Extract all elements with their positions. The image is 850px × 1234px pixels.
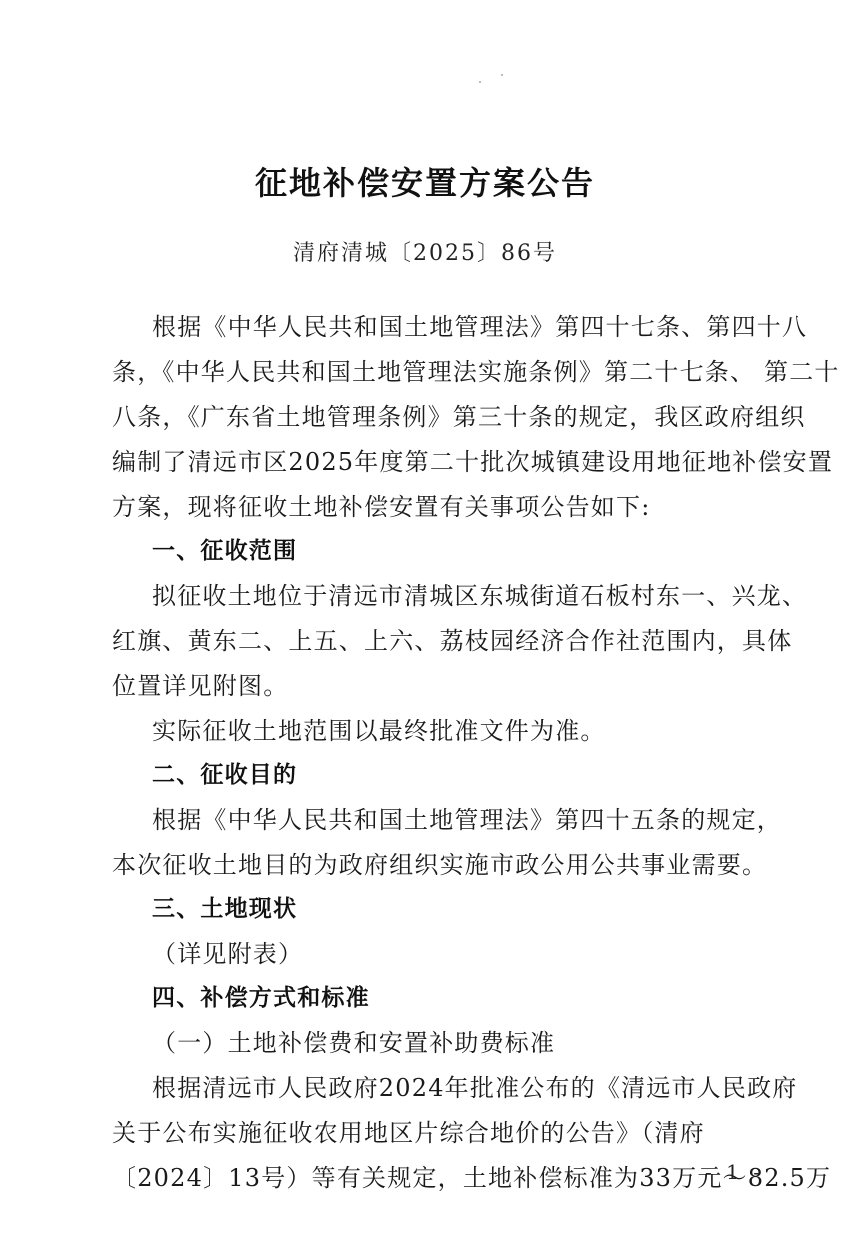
- section-line: 红旗、黄东二、上五、上六、荔枝园经济合作社范围内，具体: [112, 626, 792, 656]
- section-line: 本次征收土地目的为政府组织实施市政公用公共事业需要。: [112, 850, 767, 880]
- section-line: 根据清远市人民政府2024年批准公布的《清远市人民政府: [152, 1073, 797, 1103]
- scan-speck: [479, 81, 481, 83]
- intro-line: 编制了清远市区2025年度第二十批次城镇建设用地征地补偿安置: [112, 447, 833, 477]
- section-line: 拟征收土地位于清远市清城区东城街道石板村东一、兴龙、: [152, 581, 807, 611]
- section-heading-compensation: 四、补偿方式和标准: [152, 983, 370, 1013]
- document-number: 清府清城〔2025〕86号: [0, 236, 850, 267]
- section-line: 实际征收土地范围以最终批准文件为准。: [152, 716, 606, 746]
- page-title: 征地补偿安置方案公告: [0, 158, 850, 204]
- section-line: 位置详见附图。: [112, 671, 288, 701]
- section-line: （详见附表）: [152, 939, 303, 969]
- section-line: 根据《中华人民共和国土地管理法》第四十五条的规定，: [152, 805, 782, 835]
- scan-speck: [501, 74, 503, 76]
- intro-line: 条，《中华人民共和国土地管理法实施条例》第二十七条、 第二十: [112, 357, 840, 387]
- intro-line: 方案，现将征收土地补偿安置有关事项公告如下:: [112, 492, 650, 522]
- section-heading-scope: 一、征收范围: [152, 536, 297, 566]
- section-subheading: （一）土地补偿费和安置补助费标准: [152, 1028, 555, 1058]
- section-line: 关于公布实施征收农用地区片综合地价的公告》（清府: [112, 1118, 705, 1148]
- intro-line: 八条，《广东省土地管理条例》第三十条的规定，我区政府组织: [112, 402, 806, 432]
- intro-line: 根据《中华人民共和国土地管理法》第四十七条、第四十八: [152, 312, 807, 342]
- section-heading-purpose: 二、征收目的: [152, 760, 297, 790]
- page-number: - 1 -: [705, 1160, 764, 1184]
- section-heading-land-status: 三、土地现状: [152, 894, 297, 924]
